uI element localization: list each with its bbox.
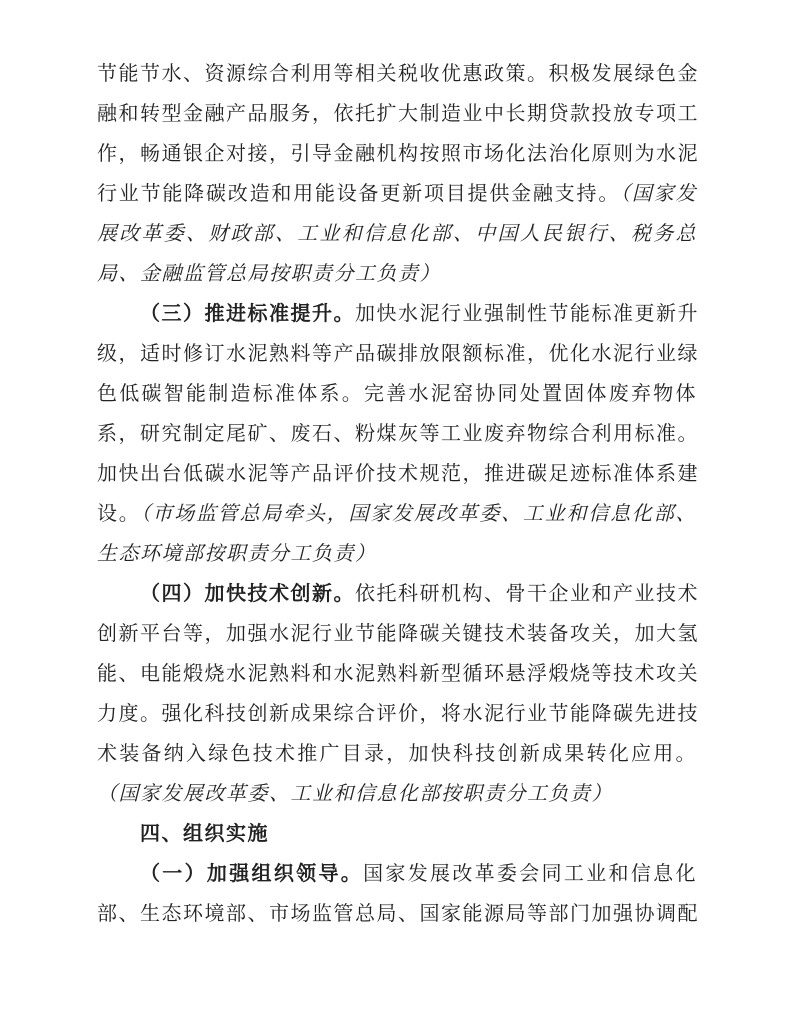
text-line: 作，畅通银企对接，引导金融机构按照市场化法治化原则为水泥 <box>97 134 697 174</box>
agency-responsibility-text: 生态环境部按职责分工负责） <box>97 543 377 565</box>
text-line: （四）加快技术创新。依托科研机构、骨干企业和产业技术 <box>97 574 697 614</box>
agency-responsibility-text: 展改革委、财政部、工业和信息化部、中国人民银行、税务总 <box>97 223 697 245</box>
text-line: 能、电能煅烧水泥熟料和水泥熟料新型循环悬浮煅烧等技术攻关 <box>97 654 697 694</box>
body-text: 融和转型金融产品服务，依托扩大制造业中长期贷款投放专项工 <box>97 103 699 125</box>
text-line: 色低碳智能制造标准体系。完善水泥窑协同处置固体废弃物体 <box>97 374 697 414</box>
section-heading-text: 四、组织实施 <box>140 823 269 845</box>
text-line: 创新平台等，加强水泥行业节能降碳关键技术装备攻关，加大氢 <box>97 614 697 654</box>
body-text: 系，研究制定尾矿、废石、粉煤灰等工业废弃物综合利用标准。 <box>97 423 699 445</box>
agency-responsibility-text: （市场监管总局牵头，国家发展改革委、工业和信息化部、 <box>141 503 697 525</box>
text-line: 加快出台低碳水泥等产品评价技术规范，推进碳足迹标准体系建 <box>97 454 697 494</box>
text-line: 部、生态环境部、市场监管总局、国家能源局等部门加强协调配 <box>97 894 697 934</box>
document-body: 节能节水、资源综合利用等相关税收优惠政策。积极发展绿色金融和转型金融产品服务，依… <box>97 54 697 934</box>
body-text: 加快水泥行业强制性节能标准更新升 <box>355 303 699 325</box>
text-line: 节能节水、资源综合利用等相关税收优惠政策。积极发展绿色金 <box>97 54 697 94</box>
body-text: 力度。强化科技创新成果综合评价，将水泥行业节能降碳先进技 <box>97 703 699 725</box>
body-text: 级，适时修订水泥熟料等产品碳排放限额标准，优化水泥行业绿 <box>97 343 699 365</box>
text-line: 系，研究制定尾矿、废石、粉煤灰等工业废弃物综合利用标准。 <box>97 414 697 454</box>
body-text: 加快出台低碳水泥等产品评价技术规范，推进碳足迹标准体系建 <box>97 463 699 485</box>
body-text: 部、生态环境部、市场监管总局、国家能源局等部门加强协调配 <box>97 903 699 925</box>
agency-responsibility-text: 局、金融监管总局按职责分工负责） <box>97 263 441 285</box>
body-text: 色低碳智能制造标准体系。完善水泥窑协同处置固体废弃物体 <box>97 383 697 405</box>
text-line: 展改革委、财政部、工业和信息化部、中国人民银行、税务总 <box>97 214 697 254</box>
agency-responsibility-text: （国家发 <box>620 183 697 205</box>
text-line: （一）加强组织领导。国家发展改革委会同工业和信息化 <box>97 854 697 894</box>
body-text: 作，畅通银企对接，引导金融机构按照市场化法治化原则为水泥 <box>97 143 699 165</box>
text-line: 生态环境部按职责分工负责） <box>97 534 697 574</box>
document-page: 节能节水、资源综合利用等相关税收优惠政策。积极发展绿色金融和转型金融产品服务，依… <box>0 0 793 1009</box>
body-text: 能、电能煅烧水泥熟料和水泥熟料新型循环悬浮煅烧等技术攻关 <box>97 663 699 685</box>
body-text: 节能节水、资源综合利用等相关税收优惠政策。积极发展绿色金 <box>97 63 699 85</box>
text-line: 局、金融监管总局按职责分工负责） <box>97 254 697 294</box>
text-line: 设。（市场监管总局牵头，国家发展改革委、工业和信息化部、 <box>97 494 697 534</box>
body-text: 国家发展改革委会同工业和信息化 <box>363 863 697 885</box>
section-heading-text: （一）加强组织领导。 <box>140 863 363 885</box>
text-line: 四、组织实施 <box>97 814 697 854</box>
section-heading-text: （三）推进标准提升。 <box>140 303 355 325</box>
section-heading-text: （四）加快技术创新。 <box>140 583 355 605</box>
body-text: 术装备纳入绿色技术推广目录，加快科技创新成果转化应用。 <box>97 743 697 765</box>
body-text: 设。 <box>97 503 141 525</box>
text-line: 力度。强化科技创新成果综合评价，将水泥行业节能降碳先进技 <box>97 694 697 734</box>
text-line: 术装备纳入绿色技术推广目录，加快科技创新成果转化应用。 <box>97 734 697 774</box>
text-line: 融和转型金融产品服务，依托扩大制造业中长期贷款投放专项工 <box>97 94 697 134</box>
text-line: （国家发展改革委、工业和信息化部按职责分工负责） <box>97 774 697 814</box>
agency-responsibility-text: （国家发展改革委、工业和信息化部按职责分工负责） <box>97 783 613 805</box>
body-text: 创新平台等，加强水泥行业节能降碳关键技术装备攻关，加大氢 <box>97 623 699 645</box>
text-line: 行业节能降碳改造和用能设备更新项目提供金融支持。（国家发 <box>97 174 697 214</box>
text-line: （三）推进标准提升。加快水泥行业强制性节能标准更新升 <box>97 294 697 334</box>
body-text: 行业节能降碳改造和用能设备更新项目提供金融支持。 <box>97 183 620 205</box>
text-line: 级，适时修订水泥熟料等产品碳排放限额标准，优化水泥行业绿 <box>97 334 697 374</box>
body-text: 依托科研机构、骨干企业和产业技术 <box>355 583 699 605</box>
